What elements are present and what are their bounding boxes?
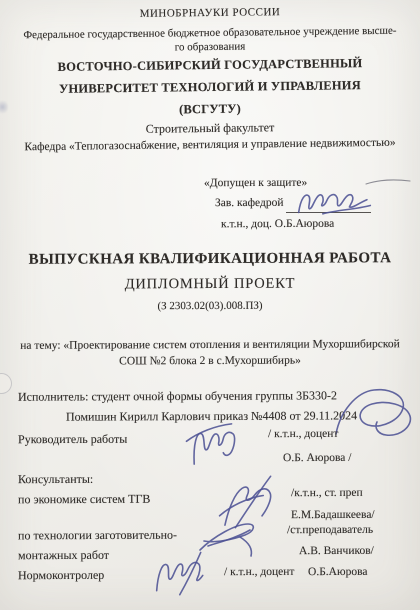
normcontrol-degree: / к.т.н., доцент xyxy=(224,566,294,578)
normcontrol-signature xyxy=(146,545,217,601)
admitted-to-defense-label: «Допущен к защите» xyxy=(204,177,307,189)
project-type-title: ДИПЛОМНЫЙ ПРОЕКТ xyxy=(0,275,420,294)
institution-line-2: го образования xyxy=(0,38,420,55)
consultant2-label-line-1: по технологии заготовительно- xyxy=(18,528,177,544)
department-head-credentials: к.т.н., доц. О.Б.Аюрова xyxy=(221,218,334,230)
department-head-label: Зав. кафедрой xyxy=(215,197,284,209)
scanned-title-page: МИНОБРНАУКИ РОССИИ Федеральное государст… xyxy=(0,0,420,610)
consultant2-name: А.В. Ванчиков/ xyxy=(299,545,374,557)
supervisor-name: О.Б. Аюрова / xyxy=(283,452,351,464)
ministry-line: МИНОБРНАУКИ РОССИИ xyxy=(0,4,420,21)
work-type-title: ВЫПУСКНАЯ КВАЛИФИКАЦИОННАЯ РАБОТА xyxy=(0,250,420,269)
university-abbr: (ВСГУТУ) xyxy=(0,99,420,119)
university-name-line-2: УНИВЕРСИТЕТ ТЕХНОЛОГИЙ И УПРАВЛЕНИЯ xyxy=(0,77,420,97)
consultant2-label-line-2: монтажных работ xyxy=(18,548,109,563)
consultant2-degree: /ст.преподаватель xyxy=(287,524,373,536)
topic-line-2: СОШ №2 блока 2 в с.Мухоршибирь» xyxy=(0,354,420,368)
topic-line-1: на тему: «Проектирование систем отоплени… xyxy=(0,338,420,352)
consultant1-name: Е.М.Бадашкеева/ xyxy=(291,509,375,521)
supervisor-degree: / к.т.н., доцент xyxy=(268,428,338,440)
hole-punch-mark xyxy=(0,373,12,394)
university-name-line-1: ВОСТОЧНО-СИБИРСКИЙ ГОСУДАРСТВЕННЫЙ xyxy=(0,55,420,75)
faculty-line: Строительный факультет xyxy=(0,118,420,138)
project-code: (З 2303.02(03).008.ПЗ) xyxy=(0,299,420,313)
consultant1-label: по экономике систем ТГВ xyxy=(18,492,150,508)
department-head-signature xyxy=(293,183,375,221)
normcontrol-label: Нормоконтролер xyxy=(18,568,104,583)
executor-signature xyxy=(330,384,420,448)
supervisor-label: Руководитель работы xyxy=(18,432,127,447)
department-line: Кафедра «Теплогазоснабжение, вентиляция … xyxy=(0,136,420,153)
consultants-label: Консультанты: xyxy=(18,472,93,487)
consultant1-degree: /к.т.н., ст. преп xyxy=(291,487,363,499)
normcontrol-name: О.Б.Аюрова xyxy=(308,566,367,578)
executor-line-1: Исполнитель: студент очной формы обучени… xyxy=(18,388,337,404)
